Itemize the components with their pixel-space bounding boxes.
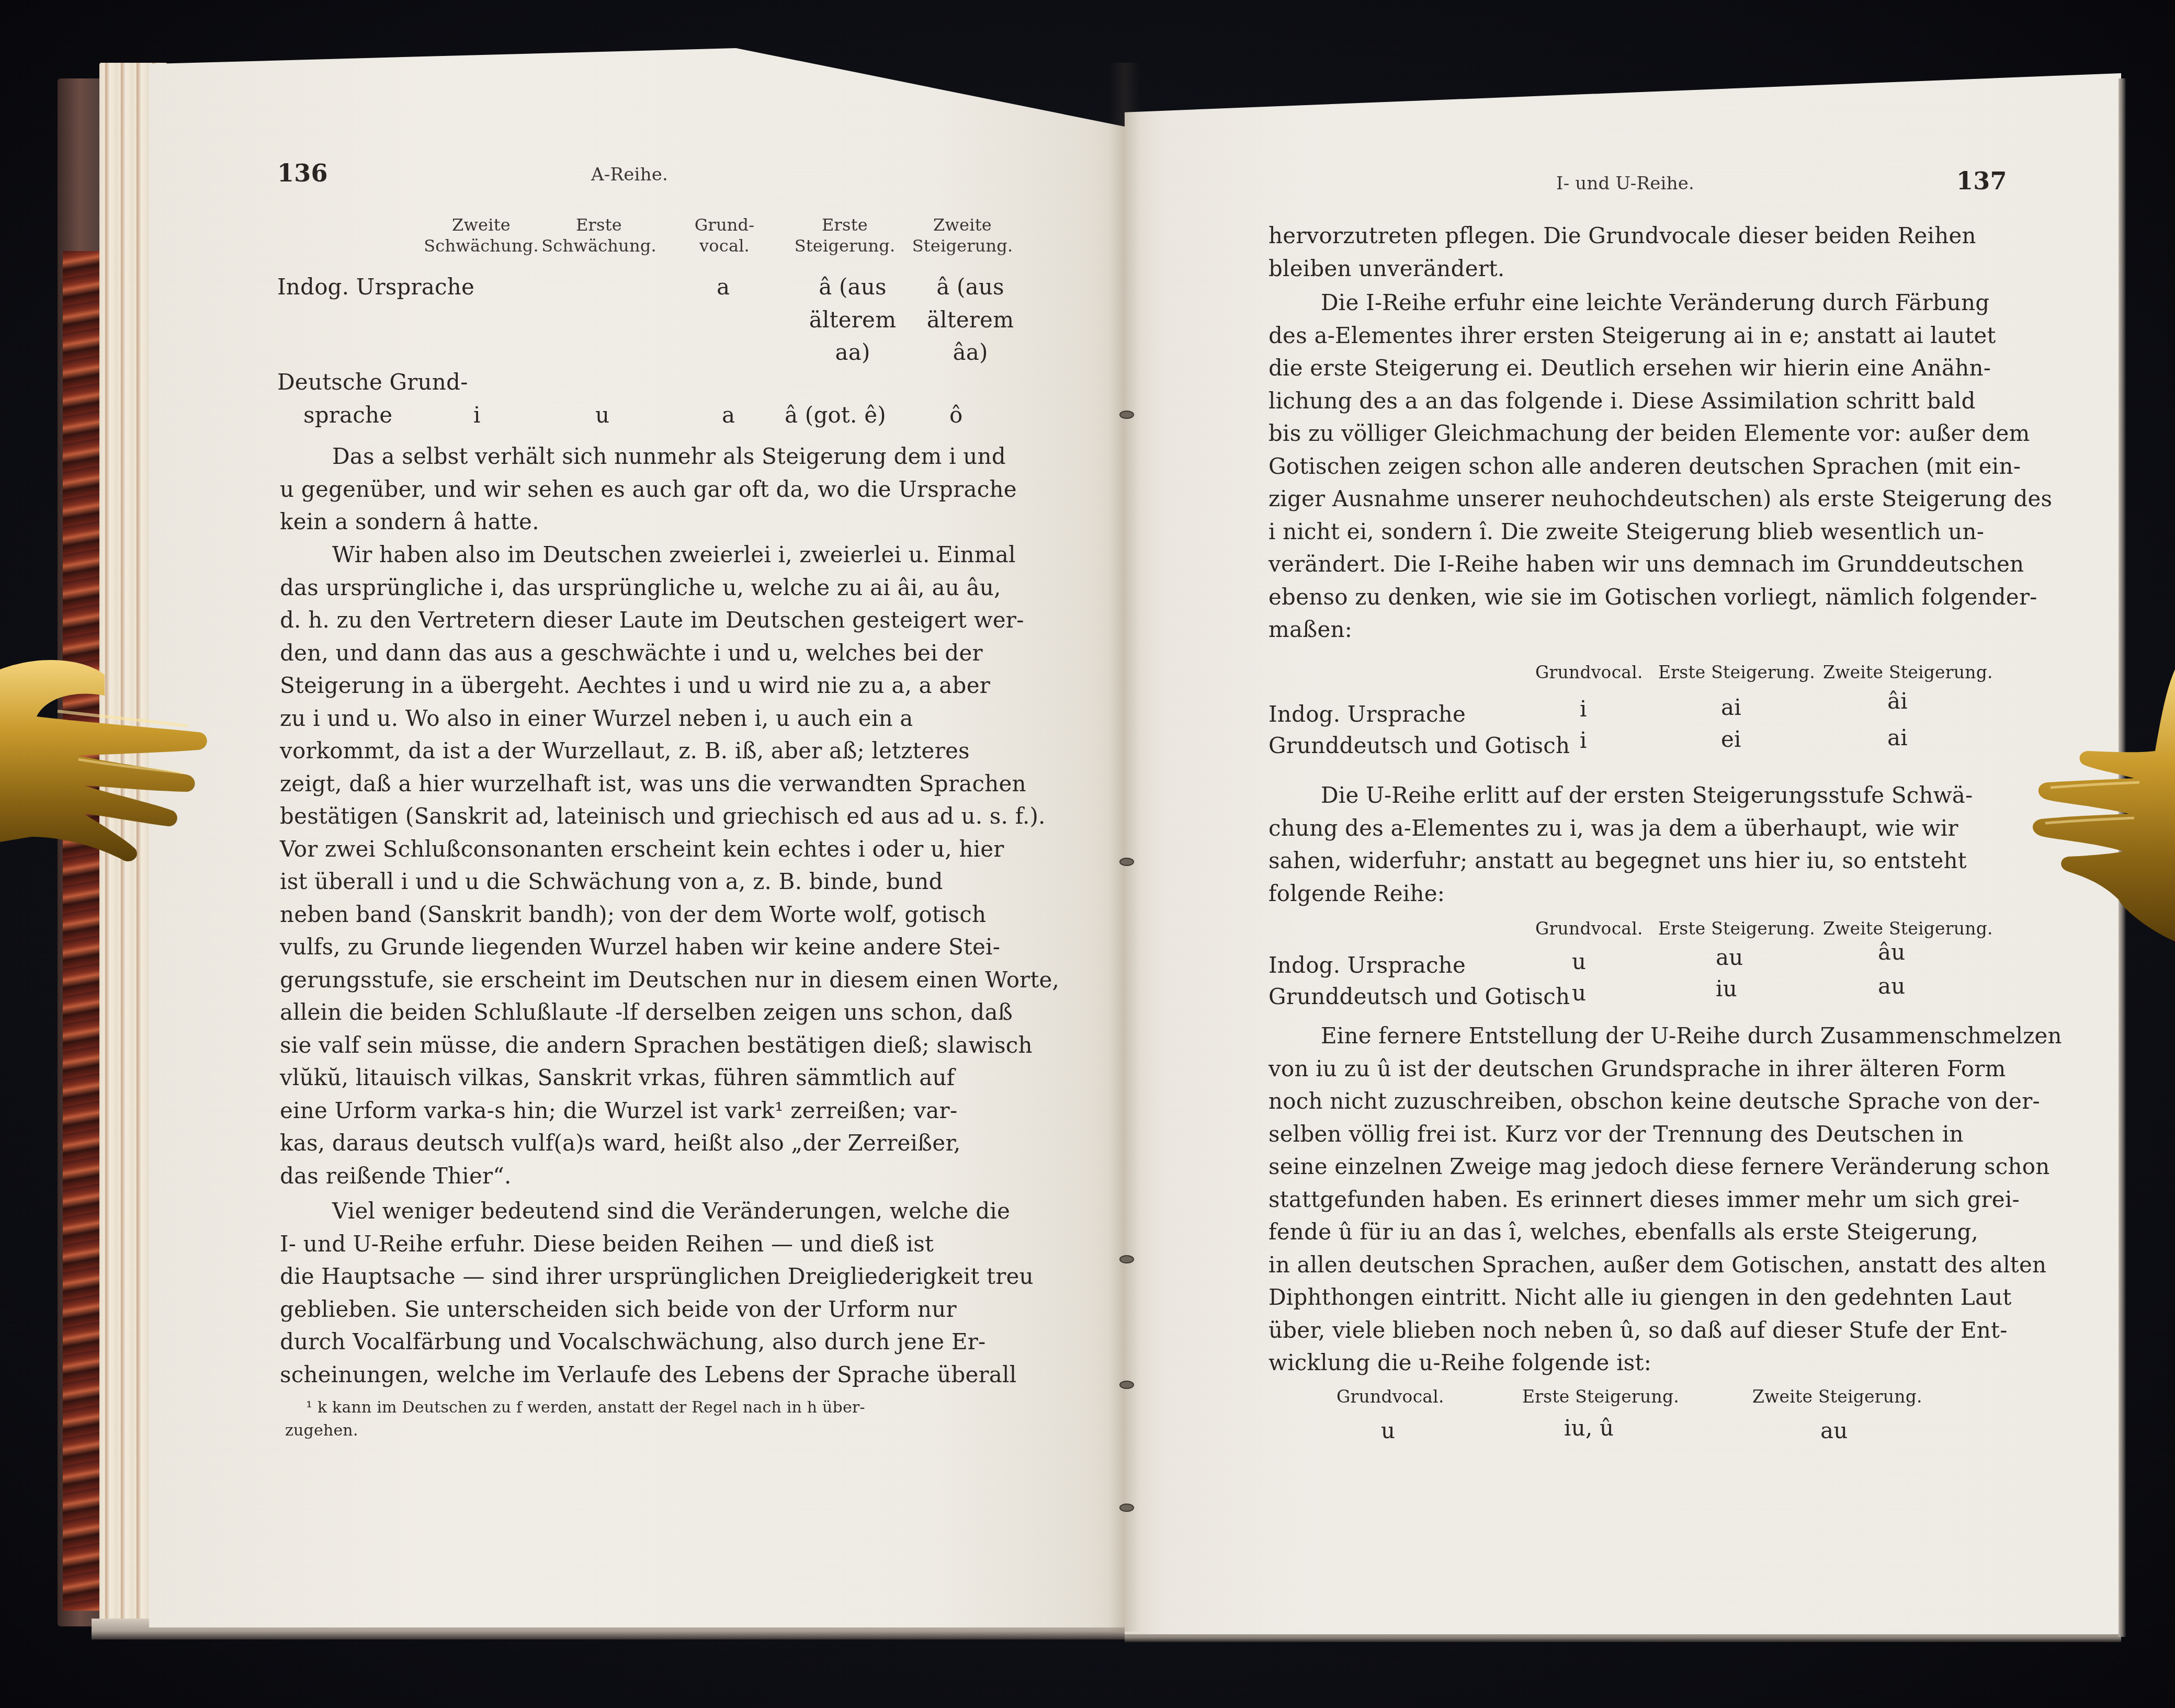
- col-header-grundvocal: Grundvocal.: [1535, 913, 1643, 946]
- book-gutter: [1109, 63, 1140, 1632]
- table-cell: ei: [1721, 723, 1741, 756]
- col-header-erste-steigerung: Erste Steigerung.: [1658, 913, 1815, 946]
- table-cell: âu: [1878, 936, 1906, 969]
- table-cell: iu: [1716, 973, 1737, 1006]
- table-cell: au: [1716, 941, 1743, 974]
- table-row-label: Indog. Ursprache: [1268, 698, 1466, 731]
- col-header-erste-steigerung: Erste Steigerung.: [1522, 1381, 1679, 1414]
- col-header-erste-steigerung: Erste Steigerung.: [782, 214, 908, 256]
- paragraph: Viel weniger bedeutend sind die Veränder…: [280, 1195, 1010, 1391]
- table-row-label: Indog. Ursprache: [1268, 949, 1466, 982]
- staple-icon: [1119, 858, 1134, 866]
- col-header-erste-schwaechung: Erste Schwächung.: [536, 214, 662, 256]
- table-cell: a: [722, 399, 735, 432]
- paragraph: Die I-Reihe erfuhr eine leichte Veränder…: [1268, 287, 1998, 646]
- table-cell: u: [1572, 977, 1586, 1010]
- col-header-grundvocal: Grundvocal.: [1535, 656, 1643, 689]
- table-cell: au: [1820, 1415, 1848, 1448]
- brass-hand-clip-left-icon: [0, 638, 220, 931]
- table-cell: âi: [1887, 685, 1908, 718]
- brass-hand-clip-right-icon: [2030, 659, 2175, 952]
- col-header-erste-steigerung: Erste Steigerung.: [1658, 656, 1815, 689]
- running-head-right: I- und U-Reihe.: [1556, 167, 1694, 200]
- table-cell: â (got. ê): [785, 399, 886, 432]
- table-cell: iu, û: [1564, 1412, 1614, 1445]
- col-header-zweite-steigerung: Zweite Steigerung.: [1823, 656, 1993, 689]
- staple-icon: [1119, 1255, 1134, 1263]
- paragraph: Die U-Reihe erlitt auf der ersten Steige…: [1268, 779, 1998, 910]
- table-cell: i: [1580, 724, 1587, 757]
- table-cell: i: [473, 399, 481, 432]
- table-cell: i: [1580, 693, 1587, 726]
- table-row-label: Grunddeutsch und Gotisch: [1268, 730, 1570, 762]
- table-cell: au: [1878, 970, 1906, 1003]
- col-header-grundvocal: Grund- vocal.: [675, 214, 774, 256]
- table-row-label: Deutsche Grund- sprache: [277, 366, 468, 431]
- paragraph: Wir haben also im Deutschen zweierlei i,…: [280, 539, 1010, 1192]
- table-cell: â (aus älterem aa): [800, 271, 905, 369]
- table-cell: â (aus älterem âa): [918, 271, 1023, 369]
- col-header-zweite-steigerung: Zweite Steigerung.: [1752, 1381, 1922, 1414]
- staple-icon: [1119, 411, 1134, 419]
- running-head-left: A-Reihe.: [591, 158, 668, 191]
- table-cell: u: [1572, 946, 1586, 978]
- page-number-right: 137: [1956, 165, 2007, 198]
- table-row-label: Grunddeutsch und Gotisch: [1268, 981, 1570, 1014]
- col-header-zweite-schwaechung: Zweite Schwächung.: [418, 214, 544, 256]
- paragraph: hervorzutreten pflegen. Die Grundvocale …: [1268, 220, 1998, 285]
- table-cell: ai: [1887, 722, 1908, 755]
- footnote: ¹ k kann im Deutschen zu f werden, ansta…: [285, 1396, 865, 1442]
- paragraph: Das a selbst verhält sich nunmehr als St…: [280, 440, 1010, 539]
- table-cell: ô: [949, 399, 963, 432]
- page-number-left: 136: [277, 157, 328, 190]
- col-header-zweite-steigerung: Zweite Steigerung.: [1823, 913, 1993, 946]
- paragraph: Eine fernere Entstellung der U-Reihe dur…: [1268, 1020, 1998, 1380]
- staple-icon: [1119, 1381, 1134, 1389]
- table-cell: a: [717, 271, 730, 304]
- staple-icon: [1119, 1504, 1134, 1512]
- col-header-grundvocal: Grundvocal.: [1336, 1381, 1444, 1414]
- table-row-label: Indog. Ursprache: [277, 271, 474, 304]
- table-cell: u: [1381, 1415, 1395, 1448]
- col-header-zweite-steigerung: Zweite Steigerung.: [900, 214, 1025, 256]
- table-cell: ai: [1721, 691, 1741, 724]
- table-cell: u: [595, 399, 609, 432]
